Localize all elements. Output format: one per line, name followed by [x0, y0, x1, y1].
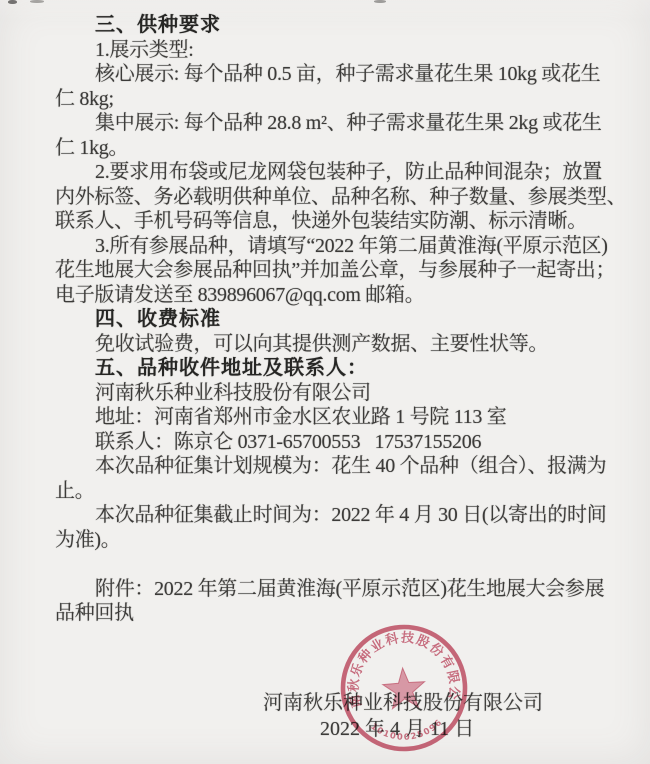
- doc-line-deadline-1: 本次品种征集截止时间为：2022 年 4 月 30 日(以寄出的时间: [55, 503, 608, 528]
- section-heading-supply-requirements: 三、供种要求: [55, 13, 608, 38]
- doc-line-collection-scale-2: 止。: [55, 479, 608, 504]
- doc-line-packaging-3: 联系人、手机号码等信息，快递外包装结实防潮、标示清晰。: [55, 209, 608, 234]
- doc-line-receipt-2: 花生地展大会参展品种回执”并加盖公章，与参展种子一起寄出；: [55, 258, 608, 283]
- company-seal-stamp: 河南秋乐种业科技股份有限公司 4101000250968: [324, 608, 484, 764]
- doc-line-company: 河南秋乐种业科技股份有限公司: [55, 381, 608, 406]
- doc-line-address: 地址：河南省郑州市金水区农业路 1 号院 113 室: [55, 405, 608, 430]
- blank-line: [55, 552, 608, 577]
- scanned-document-page: 三、供种要求 1.展示类型: 核心展示: 每个品种 0.5 亩，种子需求量花生果…: [0, 0, 650, 764]
- doc-line-central-display-cont: 仁 1kg。: [55, 136, 608, 161]
- section-heading-fees: 四、收费标准: [55, 307, 608, 332]
- doc-line-fee-free: 免收试验费，可以向其提供测产数据、主要性状等。: [55, 332, 608, 357]
- doc-line-attachment-1: 附件：2022 年第二届黄淮海(平原示范区)花生地展大会参展: [55, 577, 608, 602]
- doc-line-packaging-1: 2.要求用布袋或尼龙网袋包装种子，防止品种间混杂；放置: [55, 160, 608, 185]
- doc-line-packaging-2: 内外标签、务必载明供种单位、品种名称、种子数量、参展类型、: [55, 185, 608, 210]
- section-heading-address-contacts: 五、品种收件地址及联系人：: [55, 356, 608, 381]
- doc-line-central-display: 集中展示: 每个品种 28.8 m²、种子需求量花生果 2kg 或花生: [55, 111, 608, 136]
- doc-line-core-display: 核心展示: 每个品种 0.5 亩，种子需求量花生果 10kg 或花生: [55, 62, 608, 87]
- document-body: 三、供种要求 1.展示类型: 核心展示: 每个品种 0.5 亩，种子需求量花生果…: [0, 0, 650, 626]
- seal-star-icon: [382, 667, 427, 710]
- doc-line-email: 电子版请发送至 839896067@qq.com 邮箱。: [55, 283, 608, 308]
- doc-line-deadline-2: 为准)。: [55, 528, 608, 553]
- doc-line-display-types: 1.展示类型:: [55, 38, 608, 63]
- doc-line-collection-scale-1: 本次品种征集计划规模为：花生 40 个品种（组合）、报满为: [55, 454, 608, 479]
- doc-line-core-display-cont: 仁 8kg;: [55, 87, 608, 112]
- doc-line-receipt-1: 3.所有参展品种，请填写“2022 年第二届黄淮海(平原示范区): [55, 234, 608, 259]
- doc-line-contact-phones: 联系人：陈京仑 0371-65700553 17537155206: [55, 430, 608, 455]
